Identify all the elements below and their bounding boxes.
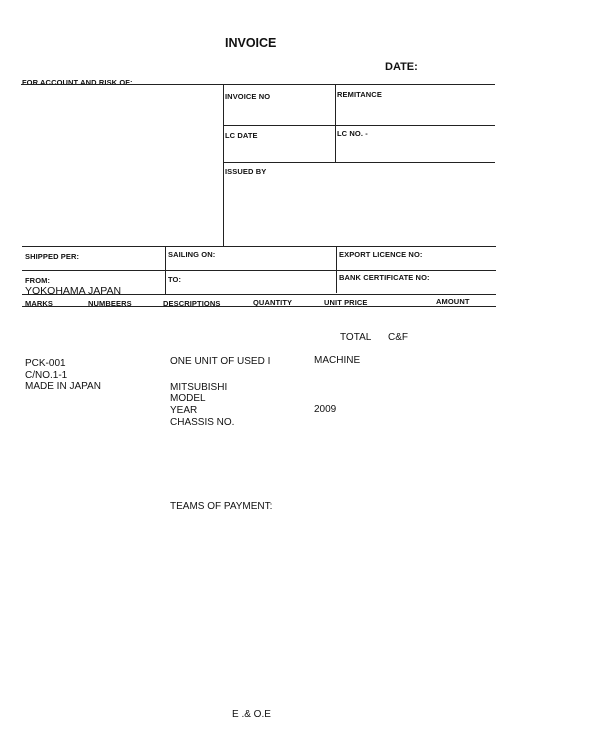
- date-label: DATE:: [385, 61, 418, 73]
- description-line: ONE UNIT OF USED I: [170, 356, 270, 367]
- from-label: FROM:: [25, 276, 50, 285]
- account-label: FOR ACCOUNT AND RISK OF:: [22, 78, 133, 87]
- issued-by-label: ISSUED BY: [225, 167, 266, 176]
- account-divider: [223, 84, 224, 246]
- invoice-row-border: [223, 125, 495, 126]
- mark-line: MADE IN JAPAN: [25, 381, 101, 392]
- footer-eoe: E .& O.E: [232, 709, 271, 720]
- to-label: TO:: [168, 275, 181, 284]
- lc-row-border: [223, 162, 495, 163]
- description-year-value: 2009: [314, 404, 336, 415]
- columns-top-border: [22, 294, 496, 295]
- total-label: TOTAL: [340, 332, 371, 343]
- invoice-title: INVOICE: [225, 36, 276, 50]
- shipping-mid-border: [22, 270, 496, 271]
- lc-date-label: LC DATE: [225, 131, 258, 140]
- description-year-label: YEAR: [170, 405, 197, 416]
- export-licence-label: EXPORT LICENCE NO:: [339, 250, 422, 259]
- lc-no-label: LC NO. -: [337, 129, 368, 138]
- remittance-label: REMITANCE: [337, 90, 382, 99]
- form-top-border: [21, 84, 495, 85]
- columns-bottom-border: [22, 306, 496, 307]
- description-model-label: MODEL: [170, 393, 206, 404]
- description-chassis-label: CHASSIS NO.: [170, 417, 234, 428]
- bank-certificate-label: BANK CERTIFICATE NO:: [339, 273, 430, 282]
- from-value: YOKOHAMA JAPAN: [25, 285, 121, 297]
- mark-line: C/NO.1-1: [25, 370, 67, 381]
- payment-terms-label: TEAMS OF PAYMENT:: [170, 501, 272, 512]
- shipped-per-label: SHIPPED PER:: [25, 252, 79, 261]
- column-amount: AMOUNT: [436, 297, 470, 306]
- sailing-on-label: SAILING ON:: [168, 250, 215, 259]
- shipping-top-border: [22, 246, 496, 247]
- invoice-no-label: INVOICE NO: [225, 92, 270, 101]
- mark-line: PCK-001: [25, 358, 66, 369]
- description-line-value: MACHINE: [314, 355, 360, 366]
- total-terms: C&F: [388, 332, 408, 343]
- remittance-divider: [335, 84, 336, 162]
- description-make: MITSUBISHI: [170, 382, 227, 393]
